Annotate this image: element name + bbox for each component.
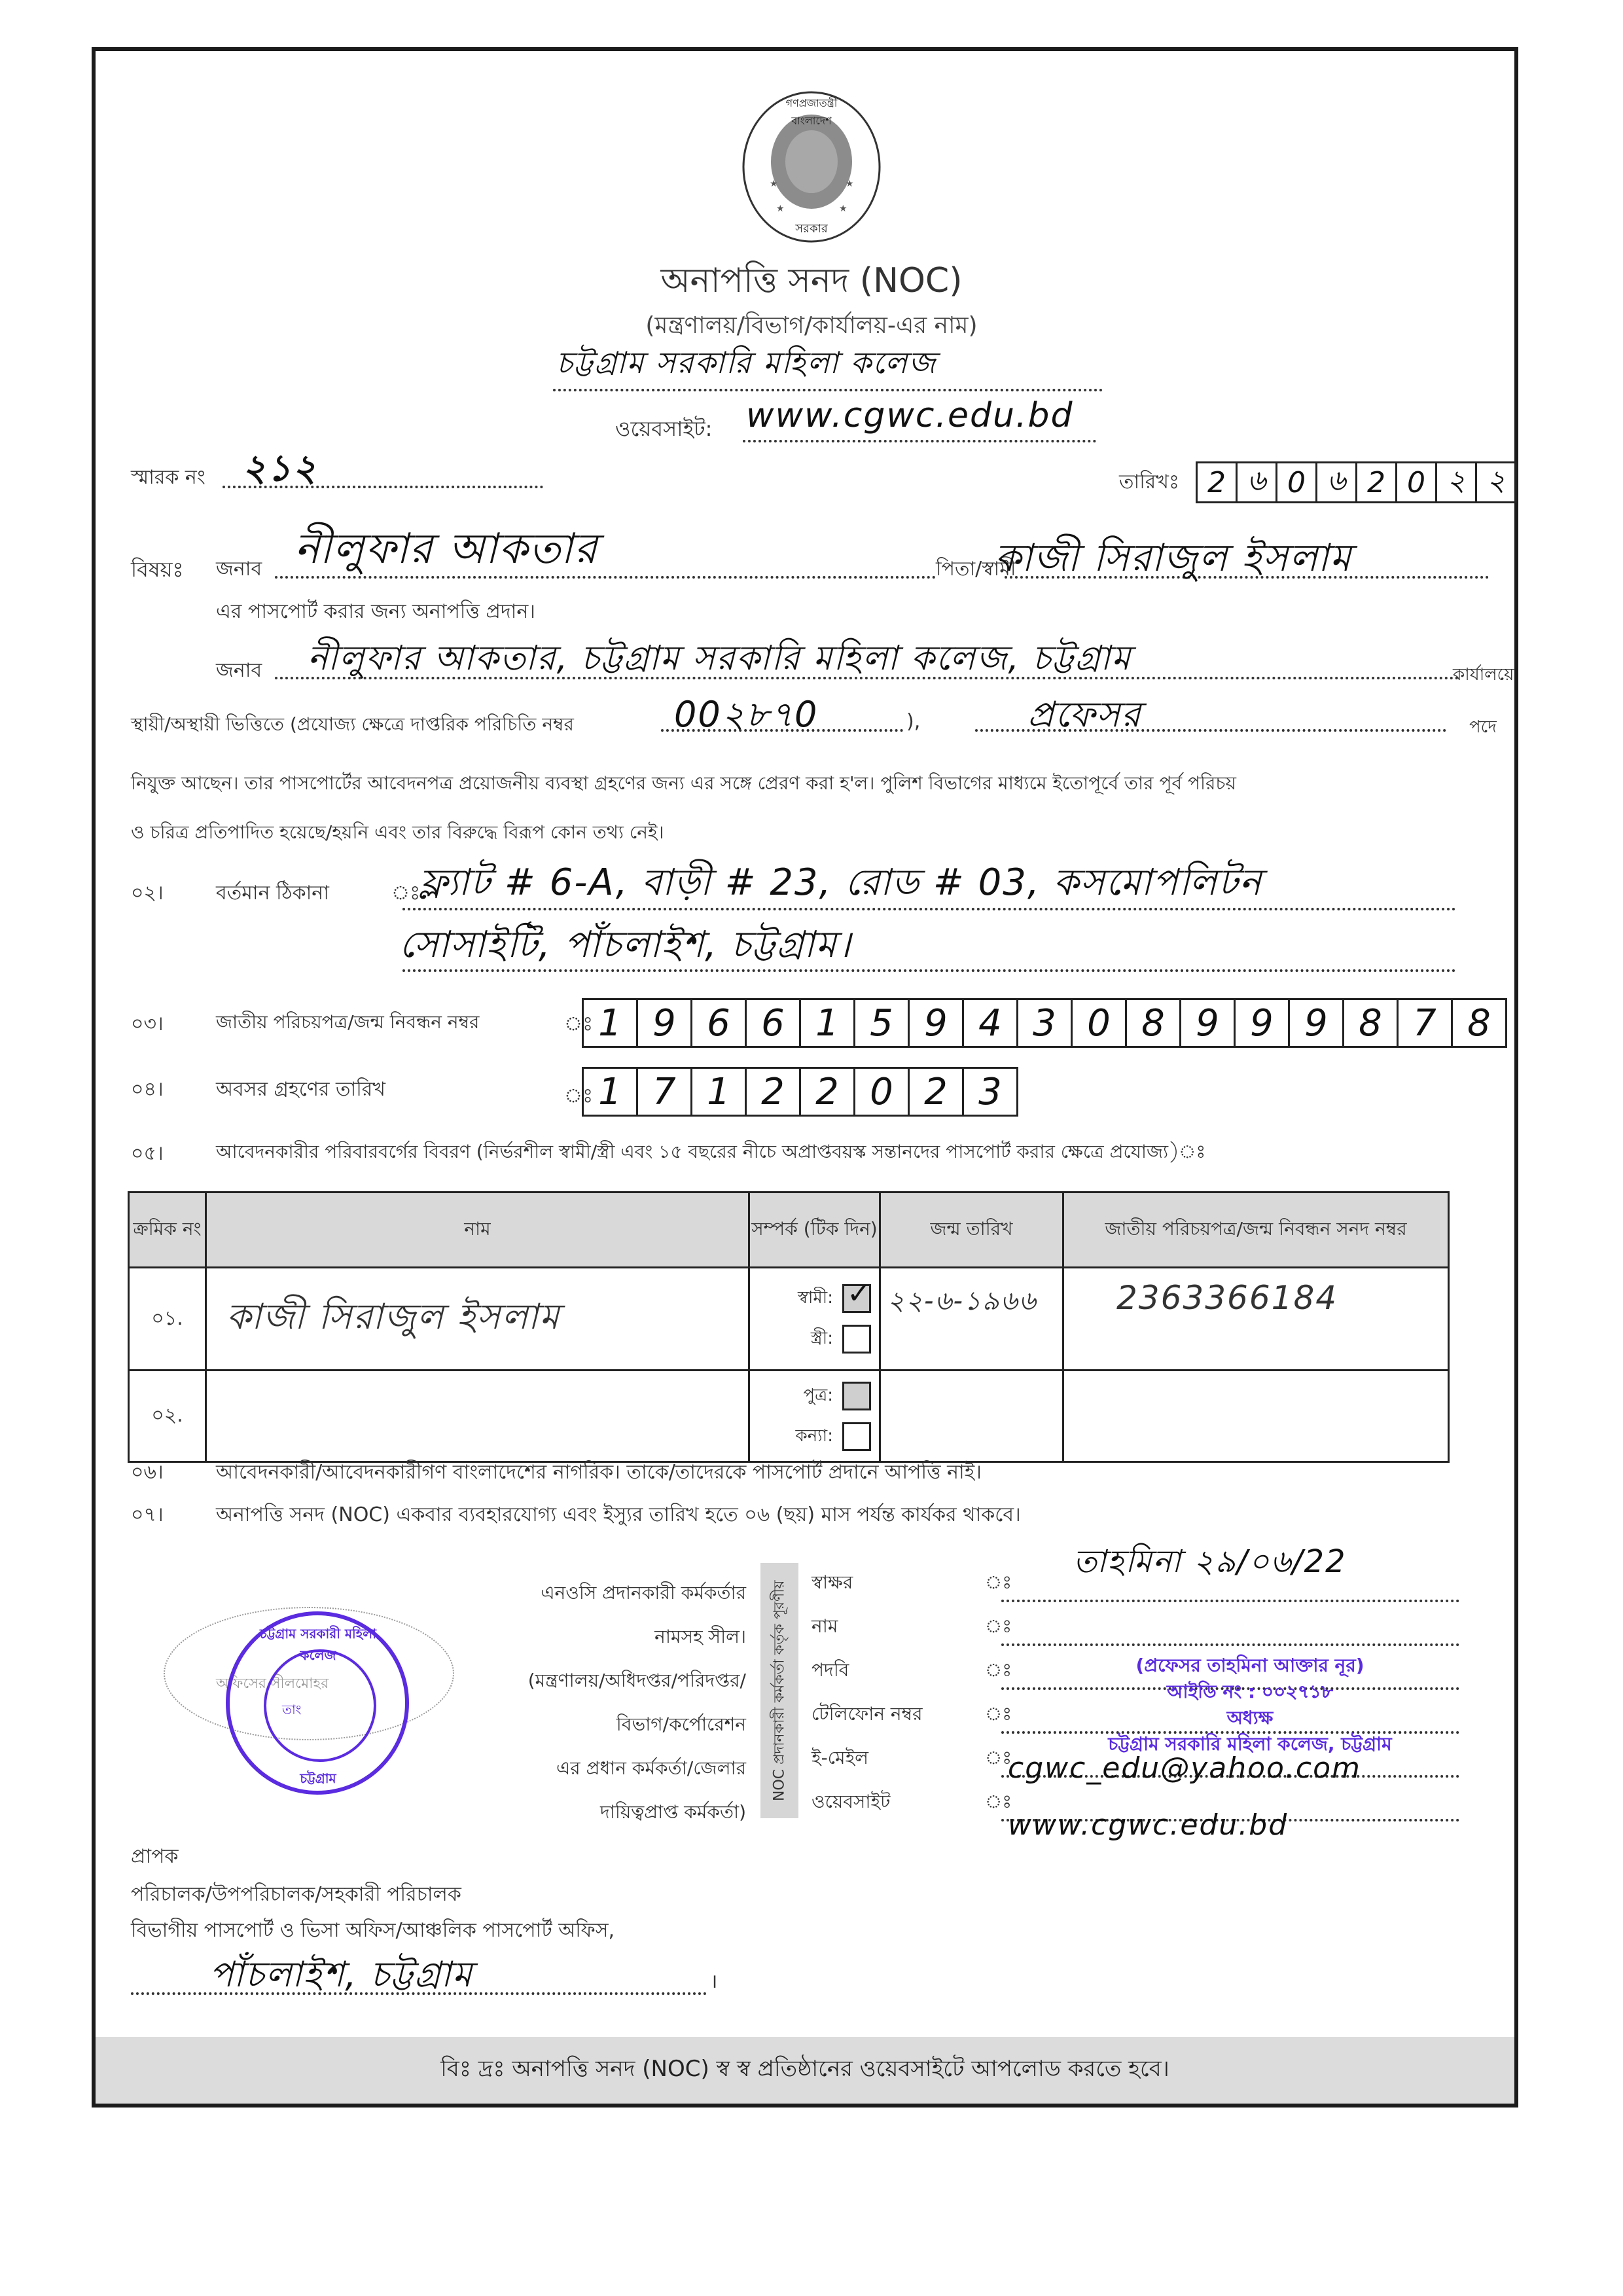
subject-title-label: জনাব: [216, 553, 262, 586]
item6-num: ০৬।: [131, 1456, 164, 1490]
signatory-field-line: [1001, 1597, 1459, 1602]
college-round-seal: চট্টগ্রাম সরকারী মহিলা কলেজ চট্টগ্রাম তা…: [226, 1611, 409, 1795]
signatory-field-line: [1001, 1641, 1459, 1646]
signatory-field-label: নাম: [811, 1612, 838, 1643]
col-relation: সম্পর্ক (টিক দিন): [749, 1193, 880, 1268]
row-nid-field[interactable]: [1063, 1371, 1449, 1462]
date-digit-box[interactable]: 2: [1355, 461, 1397, 503]
signatory-field-label: ওয়েবসাইট: [811, 1787, 890, 1818]
signatory-field-label: টেলিফোন নম্বর: [811, 1700, 923, 1731]
signatory-description-line: এনওসি প্রদানকারী কর্মকর্তার: [393, 1571, 746, 1615]
family-table-header: ক্রমিক নং নাম সম্পর্ক (টিক দিন) জন্ম তার…: [129, 1193, 1449, 1268]
retirement-digit-box[interactable]: 2: [799, 1067, 855, 1117]
date-digit-box[interactable]: 0: [1395, 461, 1437, 503]
row-dob-field[interactable]: ২২-৬-১৯৬৬: [880, 1268, 1063, 1371]
relation-label: কন্যা:: [795, 1422, 833, 1451]
address-num: ০২।: [131, 877, 164, 910]
retirement-digit-box[interactable]: 2: [745, 1067, 801, 1117]
relation-label: পুত্র:: [803, 1382, 833, 1410]
signatory-field-colon: ঃ: [985, 1612, 1012, 1643]
relation-label: স্ত্রী:: [811, 1325, 833, 1354]
seal-line: অধ্যক্ষ: [1080, 1705, 1420, 1731]
document-title: অনাপত্তি সনদ (NOC): [0, 254, 1623, 311]
signatory-field-value[interactable]: www.cgwc.edu.bd: [1008, 1808, 1288, 1842]
col-serial: ক্রমিক নং: [129, 1193, 206, 1268]
emblem-bottom-text: সরকার: [785, 219, 838, 240]
nid-digit-box[interactable]: 0: [1071, 998, 1127, 1048]
address-line2-field[interactable]: সোসাইটি, পাঁচলাইশ, চট্টগ্রাম।: [399, 916, 852, 978]
seal-line: আইডি নং : ০০২৭১৮: [1080, 1679, 1420, 1705]
seal-outer-text: চট্টগ্রাম সরকারী মহিলা কলেজ: [243, 1624, 393, 1668]
family-num: ০৫।: [131, 1138, 164, 1171]
col-name: নাম: [206, 1193, 749, 1268]
signatory-field-colon: ঃ: [985, 1656, 1012, 1687]
nid-digit-box[interactable]: 6: [690, 998, 747, 1048]
retirement-digit-box[interactable]: 1: [582, 1067, 638, 1117]
nid-digit-box[interactable]: 9: [908, 998, 964, 1048]
officer-seal: (প্রফেসর তাহমিনা আক্তার নূর)আইডি নং : ০০…: [1080, 1653, 1420, 1757]
svg-text:★: ★: [770, 179, 778, 189]
husband-checkbox[interactable]: ✓: [842, 1284, 871, 1313]
recipient-label: প্রাপক: [131, 1840, 178, 1874]
nid-digit-box[interactable]: 3: [1016, 998, 1073, 1048]
date-boxes[interactable]: 2৬0৬20২২: [1198, 461, 1517, 503]
nid-digit-box[interactable]: 8: [1342, 998, 1399, 1048]
retirement-digit-box[interactable]: 0: [853, 1067, 910, 1117]
row-serial: ০২.: [129, 1371, 206, 1462]
address-line1-field[interactable]: ফ্ল্যাট # 6-A, বাড়ী # 23, রোড # 03, কসম…: [419, 854, 1262, 916]
item7-num: ০৭।: [131, 1499, 164, 1532]
date-digit-box[interactable]: ৬: [1236, 461, 1277, 503]
date-digit-box[interactable]: ২: [1435, 461, 1477, 503]
footer-note: বিঃ দ্রঃ অনাপত্তি সনদ (NOC) স্ব স্ব প্রত…: [96, 2037, 1514, 2104]
signatory-description-line: এর প্রধান কর্মকর্তা/জেলার: [393, 1746, 746, 1790]
retirement-digit-box[interactable]: 2: [908, 1067, 964, 1117]
svg-text:★: ★: [776, 204, 785, 214]
emblem-top-text: গণপ্রজাতন্ত্রী বাংলাদেশ: [772, 95, 851, 130]
nid-digit-box[interactable]: 5: [853, 998, 910, 1048]
signatory-field-colon: ঃ: [985, 1700, 1012, 1731]
seal-line: চট্টগ্রাম সরকারি মহিলা কলেজ, চট্টগ্রাম: [1080, 1731, 1420, 1757]
table-row: ০১. কাজী সিরাজুল ইসলাম স্বামী: ✓ স্ত্রী:…: [129, 1268, 1449, 1371]
website-label: ওয়েবসাইট:: [615, 412, 712, 448]
date-digit-box[interactable]: 2: [1196, 461, 1238, 503]
website-line: [743, 437, 1096, 442]
office-suffix: কার্যালয়ে: [1453, 661, 1514, 690]
seal-line: (প্রফেসর তাহমিনা আক্তার নূর): [1080, 1653, 1420, 1679]
paragraph-line2: ও চরিত্র প্রতিপাদিত হয়েছে/হয়নি এবং তার…: [131, 818, 664, 849]
memo-number-field[interactable]: ২১২: [242, 440, 317, 501]
wife-checkbox[interactable]: [842, 1325, 871, 1354]
svg-text:★: ★: [839, 204, 847, 214]
paragraph-line1: নিযুক্ত আছেন। তার পাসপোর্টের আবেদনপত্র প…: [131, 769, 1236, 800]
basis-text: স্থায়ী/অস্থায়ী ভিত্তিতে (প্রযোজ্য ক্ষে…: [131, 710, 574, 741]
col-nid: জাতীয় পরিচয়পত্র/জন্ম নিবন্ধন সনদ নম্বর: [1063, 1193, 1449, 1268]
relation-wife[interactable]: স্ত্রী:: [750, 1319, 879, 1359]
retirement-date-boxes[interactable]: 17122023: [584, 1067, 1018, 1117]
nid-num: ০৩।: [131, 1008, 164, 1041]
nid-digit-box[interactable]: 6: [745, 998, 801, 1048]
row-dob-field[interactable]: [880, 1371, 1063, 1462]
signatory-field-row: ওয়েবসাইটঃwww.cgwc.edu.bd: [811, 1782, 1466, 1821]
item6-text: আবেদনকারী/আবেদনকারীগণ বাংলাদেশের নাগরিক।…: [216, 1456, 982, 1490]
date-digit-box[interactable]: ৬: [1315, 461, 1357, 503]
row-serial: ০১.: [129, 1268, 206, 1371]
subject-line2: এর পাসপোর্ট করার জন্য অনাপত্তি প্রদান।: [216, 596, 535, 629]
row-name-field[interactable]: কাজী সিরাজুল ইসলাম: [206, 1268, 749, 1371]
body-title-label: জনাব: [216, 655, 262, 688]
nid-digit-box[interactable]: 9: [1179, 998, 1236, 1048]
retirement-digit-box[interactable]: 7: [636, 1067, 692, 1117]
family-label: আবেদনকারীর পরিবারবর্গের বিবরণ (নির্ভরশীল…: [216, 1138, 1205, 1168]
recipient-line2: বিভাগীয় পাসপোর্ট ও ভিসা অফিস/আঞ্চলিক পা…: [131, 1914, 615, 1948]
nid-digit-box[interactable]: 1: [582, 998, 638, 1048]
designation-suffix: পদে: [1469, 713, 1497, 742]
retirement-digit-box[interactable]: 3: [962, 1067, 1018, 1117]
signatory-field-label: ই-মেইল: [811, 1744, 868, 1774]
recipient-location-field[interactable]: পাঁচলাইশ, চট্টগ্রাম: [209, 1947, 473, 2006]
signatory-description: এনওসি প্রদানকারী কর্মকর্তারনামসহ সীল।(মন…: [393, 1571, 746, 1834]
office-name-field[interactable]: চট্টগ্রাম সরকারি মহিলা কলেজ: [556, 340, 936, 390]
nid-boxes[interactable]: 19661594308999878: [584, 998, 1507, 1048]
signatory-field-colon: ঃ: [985, 1568, 1012, 1599]
retirement-num: ০৪।: [131, 1073, 164, 1107]
relation-husband[interactable]: স্বামী: ✓: [750, 1278, 879, 1319]
signatory-field-row: নামঃ: [811, 1607, 1466, 1646]
signatory-field-label: স্বাক্ষর: [811, 1568, 853, 1599]
id-number-field[interactable]: 00২৮৭0: [674, 687, 818, 746]
subject-label: বিষয়ঃ: [131, 553, 184, 588]
signature-field[interactable]: তাহমিনা ২৯/০৬/22: [1073, 1538, 1347, 1590]
body-name-office-field[interactable]: নীলুফার আকতার, চট্টগ্রাম সরকারি মহিলা কল…: [308, 632, 1132, 689]
checkmark-icon: ✓: [847, 1277, 871, 1310]
nid-label: জাতীয় পরিচয়পত্র/জন্ম নিবন্ধন নম্বর: [216, 1008, 479, 1039]
designation-field[interactable]: প্রফেসর: [1027, 687, 1142, 746]
address-label: বর্তমান ঠিকানা: [216, 877, 329, 910]
nid-digit-box[interactable]: 1: [799, 998, 855, 1048]
nid-digit-box[interactable]: 8: [1451, 998, 1507, 1048]
daughter-checkbox[interactable]: [842, 1422, 871, 1451]
date-label: তারিখঃ: [1119, 466, 1179, 499]
row-name-field[interactable]: [206, 1371, 749, 1462]
nid-digit-box[interactable]: 9: [636, 998, 692, 1048]
seal-bottom-text: চট্টগ্রাম: [282, 1769, 354, 1791]
recipient-line1: পরিচালক/উপপরিচালক/সহকারী পরিচালক: [131, 1878, 461, 1912]
family-table: ক্রমিক নং নাম সম্পর্ক (টিক দিন) জন্ম তার…: [128, 1191, 1450, 1463]
website-field[interactable]: www.cgwc.edu.bd: [746, 396, 1074, 435]
memo-label: স্মারক নং: [131, 461, 205, 495]
noc-officer-vertical-label: NOC প্রদানকারী কর্মকর্তা কর্তৃক পূরণীয়: [760, 1563, 798, 1818]
son-checkbox[interactable]: [842, 1382, 871, 1410]
seal-date-label: তাং: [282, 1700, 301, 1722]
government-emblem: ★ ★ ★ ★ গণপ্রজাতন্ত্রী বাংলাদেশ সরকার: [740, 88, 883, 245]
item7-text: অনাপত্তি সনদ (NOC) একবার ব্যবহারযোগ্য এব…: [216, 1499, 1021, 1532]
row-nid-field[interactable]: 2363366184: [1063, 1268, 1449, 1371]
table-row: ০২. পুত্র: কন্যা:: [129, 1371, 1449, 1462]
nid-digit-box[interactable]: 9: [1288, 998, 1344, 1048]
nid-digit-box[interactable]: 8: [1125, 998, 1181, 1048]
nid-digit-box[interactable]: 4: [962, 998, 1018, 1048]
date-digit-box[interactable]: ২: [1475, 461, 1517, 503]
relation-daughter[interactable]: কন্যা:: [750, 1416, 879, 1457]
signatory-description-line: বিভাগ/কর্পোরেশন: [393, 1702, 746, 1746]
subject-name-field[interactable]: নীলুফার আকতার: [294, 517, 598, 587]
retirement-label: অবসর গ্রহণের তারিখ: [216, 1073, 385, 1107]
signatory-field-label: পদবি: [811, 1656, 849, 1687]
close-paren: ),: [906, 710, 920, 733]
signatory-description-line: দায়িত্বপ্রাপ্ত কর্মকর্তা): [393, 1790, 746, 1834]
recipient-end: ।: [710, 1967, 717, 1994]
col-dob: জন্ম তারিখ: [880, 1193, 1063, 1268]
date-digit-box[interactable]: 0: [1275, 461, 1317, 503]
relation-label: স্বামী:: [798, 1284, 833, 1313]
nid-digit-box[interactable]: 9: [1234, 998, 1290, 1048]
retirement-digit-box[interactable]: 1: [690, 1067, 747, 1117]
svg-text:★: ★: [846, 179, 854, 189]
relation-son[interactable]: পুত্র:: [750, 1376, 879, 1416]
nid-digit-box[interactable]: 7: [1397, 998, 1453, 1048]
guardian-name-field[interactable]: কাজী সিরাজুল ইসলাম: [995, 529, 1352, 592]
